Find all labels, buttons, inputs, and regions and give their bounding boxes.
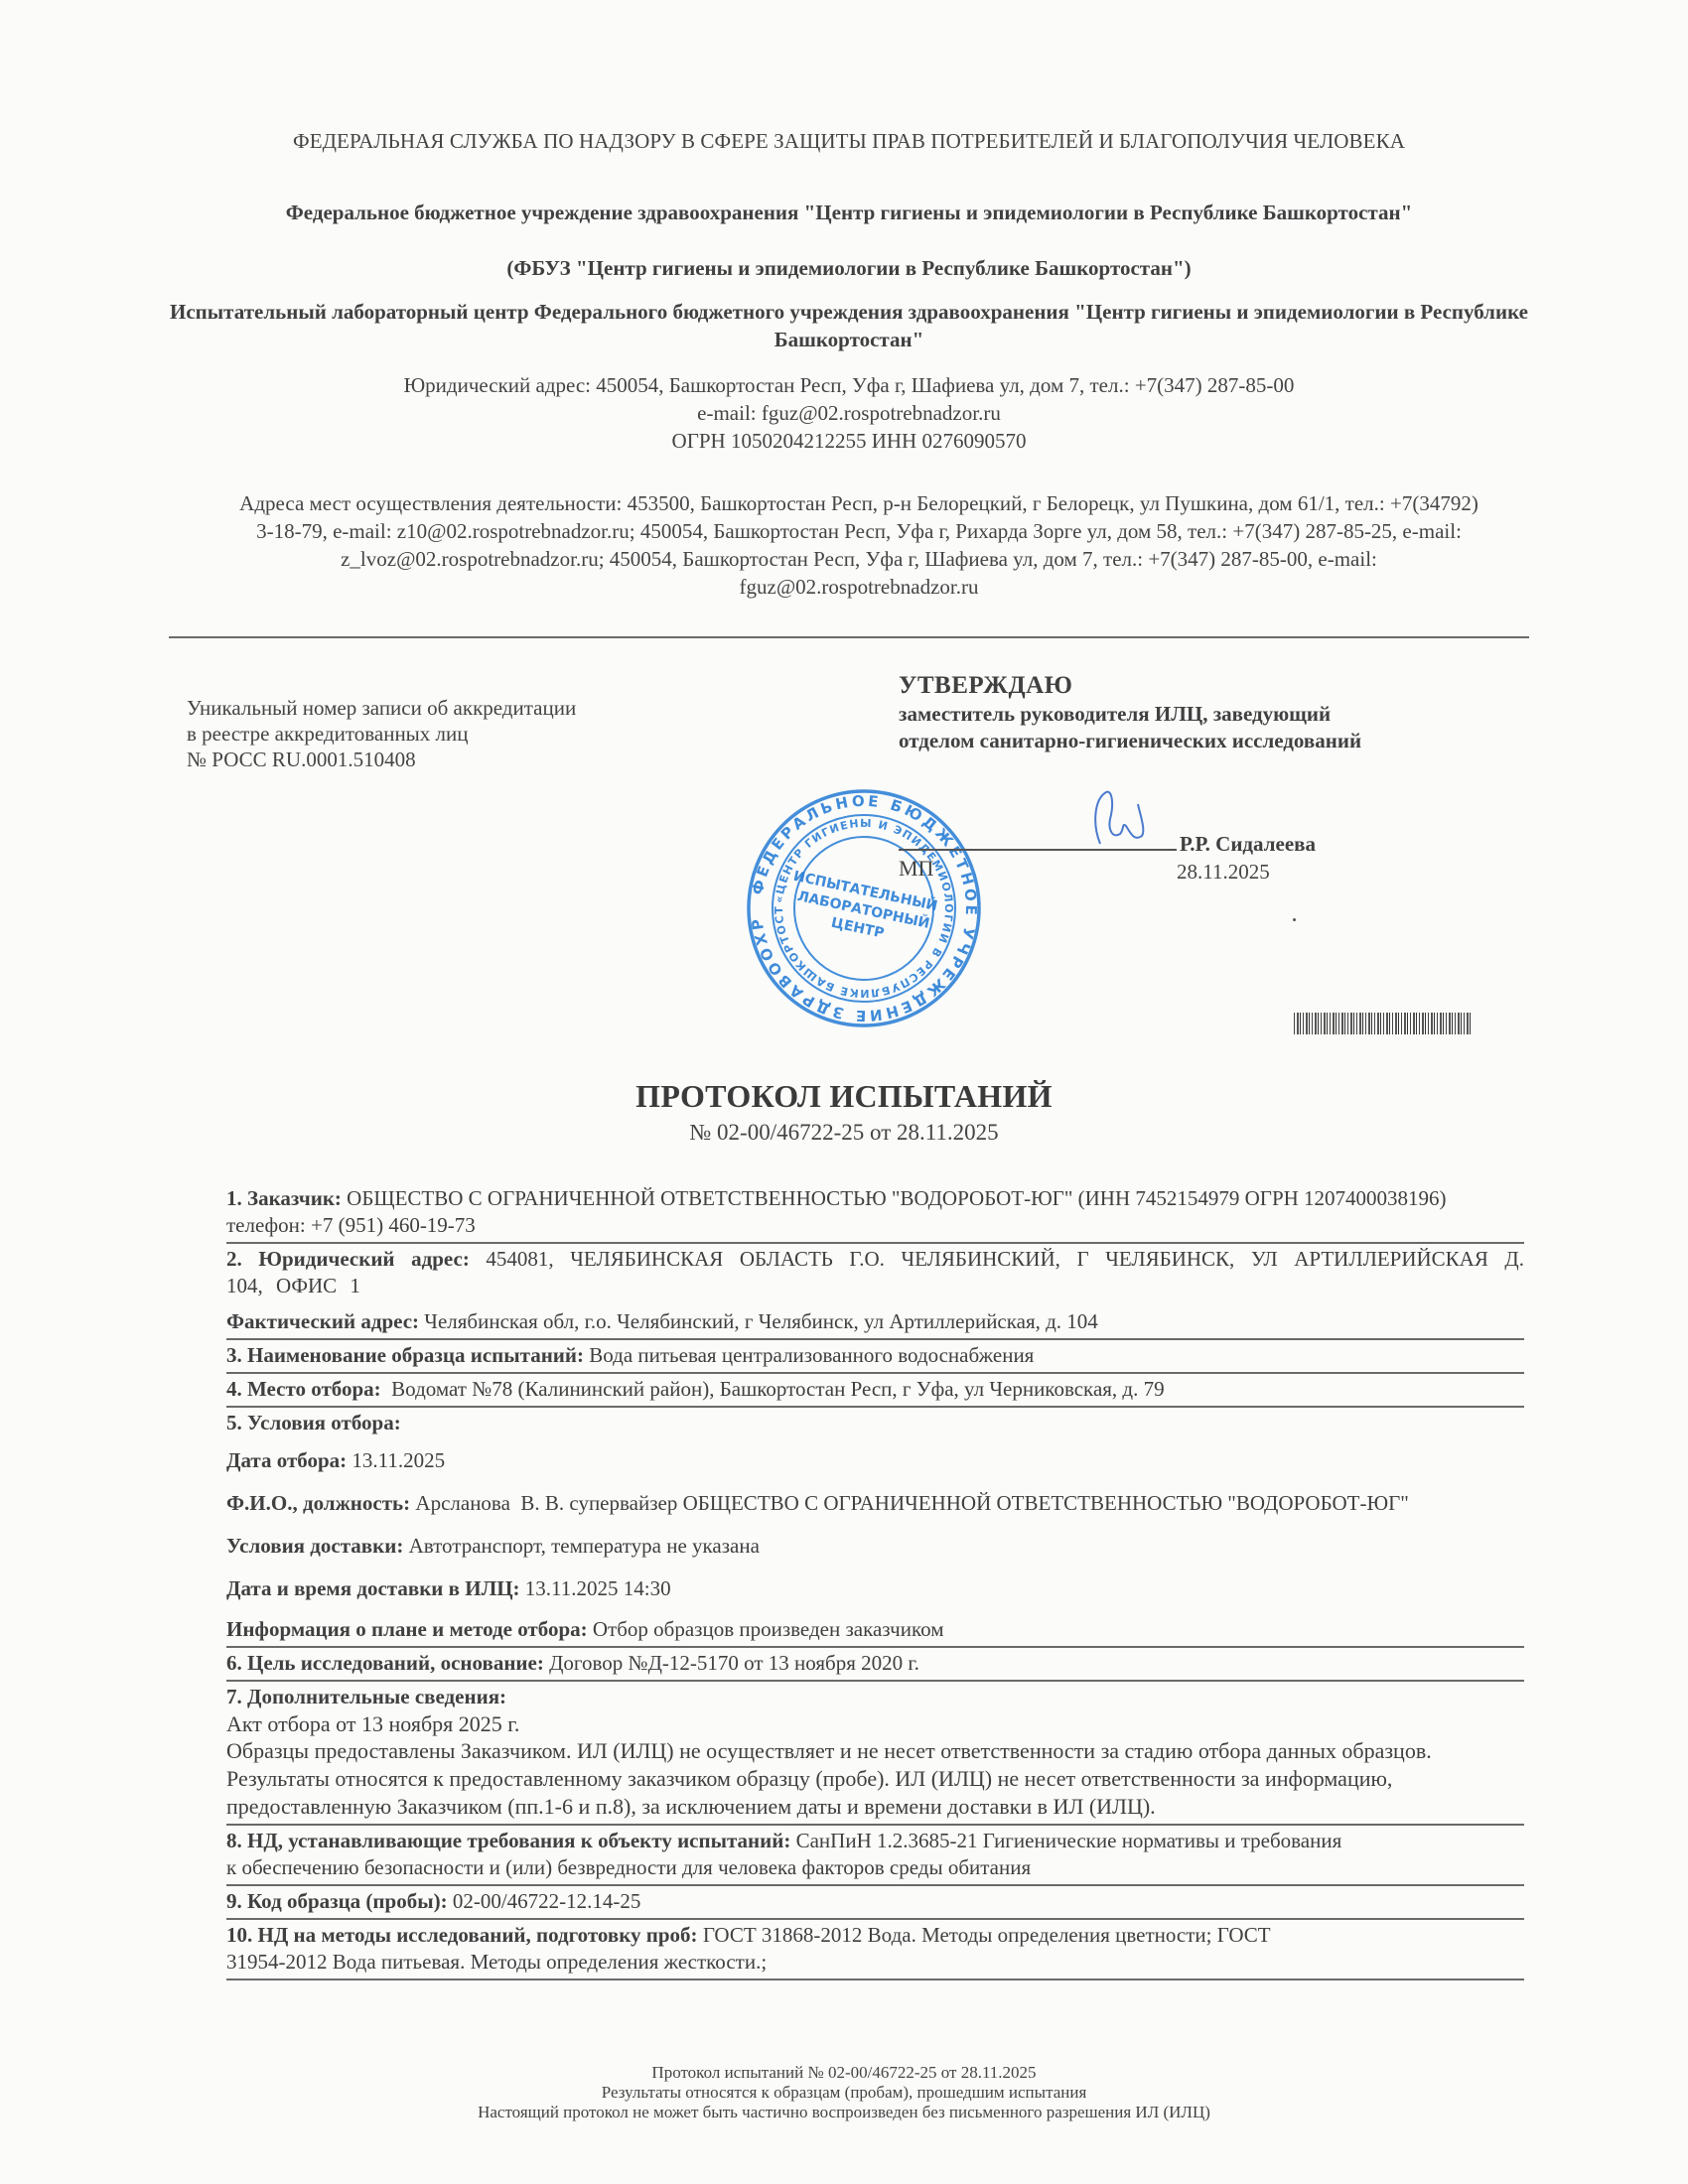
section-5-delivery-conditions: Условия доставки: Автотранспорт, темпера… [226,1525,1524,1568]
section-label: 6. Цель исследований, основание: [226,1651,544,1675]
section-6-purpose: 6. Цель исследований, основание: Договор… [226,1648,1524,1682]
protocol-title: ПРОТОКОЛ ИСПЫТАНИЙ [0,1078,1688,1115]
activity-addresses: Адреса мест осуществления деятельности: … [238,489,1479,601]
section-label: 4. Место отбора: [226,1377,381,1401]
section-label: 1. Заказчик: [226,1186,342,1210]
section-value: Водомат №78 (Калининский район), Башкорт… [381,1377,1165,1401]
header-divider [169,636,1529,638]
field-value: Автотранспорт, температура не указана [403,1534,760,1558]
approver-role-line-2: отделом санитарно-гигиенических исследов… [899,728,1361,754]
accreditation-line-2: в реестре аккредитованных лиц [187,721,576,747]
section-7-additional-info: 7. Дополнительные сведения: Акт отбора о… [226,1682,1524,1826]
section-value: 02-00/46722-12.14-25 [448,1889,641,1913]
accreditation-block: Уникальный номер записи об аккредитации … [187,695,576,772]
section-value: Договор №Д-12-5170 от 13 ноября 2020 г. [544,1651,919,1675]
page-footer: Протокол испытаний № 02-00/46722-25 от 2… [0,2063,1688,2122]
field-label: Ф.И.О., должность: [226,1491,410,1515]
section-label: 10. НД на методы исследований, подготовк… [226,1923,698,1947]
signatory-name: Р.Р. Сидалеева [1180,832,1316,857]
section-label: 2. Юридический адрес: [226,1247,470,1271]
legal-address: Юридический адрес: 450054, Башкортостан … [169,371,1529,399]
section-8-requirements: 8. НД, устанавливающие требования к объе… [226,1826,1524,1886]
section-4-sampling-place: 4. Место отбора: Водомат №78 (Калинински… [226,1374,1524,1408]
barcode-icon [1294,1013,1471,1034]
section-2-legal-address: 2. Юридический адрес: 454081, ЧЕЛЯБИНСКА… [226,1244,1524,1302]
section-label: 7. Дополнительные сведения: [226,1684,1524,1710]
field-value: 13.11.2025 [347,1448,445,1472]
accreditation-line-1: Уникальный номер записи об аккредитации [187,695,576,721]
agency-name: ФЕДЕРАЛЬНАЯ СЛУЖБА ПО НАДЗОРУ В СФЕРЕ ЗА… [169,127,1529,155]
section-value: ОБЩЕСТВО С ОГРАНИЧЕННОЙ ОТВЕТСТВЕННОСТЬЮ… [226,1186,1447,1237]
section-5-delivery-time: Дата и время доставки в ИЛЦ: 13.11.2025 … [226,1568,1524,1610]
legal-address-block: Юридический адрес: 450054, Башкортостан … [169,371,1529,455]
field-label: Дата отбора: [226,1448,347,1472]
section-10-methods: 10. НД на методы исследований, подготовк… [226,1920,1524,1980]
footer-reproduction-note: Настоящий протокол не может быть частичн… [0,2103,1688,2122]
institution-name: Федеральное бюджетное учреждение здравоо… [169,199,1529,226]
lab-center-name: Испытательный лабораторный центр Федерал… [169,298,1529,353]
section-label: Фактический адрес: [226,1309,419,1333]
section-5-sampling-date: Дата отбора: 13.11.2025 [226,1439,1524,1482]
seal-label: МП [899,856,933,882]
signature-line [899,849,1177,851]
section-5-conditions: 5. Условия отбора: [226,1408,1524,1439]
field-label: Условия доставки: [226,1534,403,1558]
section-label: 9. Код образца (пробы): [226,1889,448,1913]
institution-short: (ФБУЗ "Центр гигиены и эпидемиологии в Р… [169,254,1529,282]
field-value: Арсланова В. В. супервайзер ОБЩЕСТВО С О… [410,1491,1409,1515]
section-label: 5. Условия отбора: [226,1411,401,1434]
section-label: 3. Наименование образца испытаний: [226,1343,584,1367]
field-value: Отбор образцов произведен заказчиком [588,1617,944,1641]
field-value: 13.11.2025 14:30 [520,1576,671,1600]
section-2-actual-address: Фактический адрес: Челябинская обл, г.о.… [226,1302,1524,1340]
section-value: Челябинская обл, г.о. Челябинский, г Чел… [419,1309,1098,1333]
official-stamp-icon: ФЕДЕРАЛЬНОЕ БЮДЖЕТНОЕ УЧРЕЖДЕНИЕ ЗДРАВОО… [745,784,983,1032]
disclaimer-note: Образцы предоставлены Заказчиком. ИЛ (ИЛ… [226,1737,1524,1821]
sampling-act: Акт отбора от 13 ноября 2025 г. [226,1710,1524,1737]
section-5-sampling-plan: Информация о плане и методе отбора: Отбо… [226,1610,1524,1648]
section-1-customer: 1. Заказчик: ОБЩЕСТВО С ОГРАНИЧЕННОЙ ОТВ… [226,1183,1524,1244]
institution-full: Федеральное бюджетное учреждение здравоо… [169,199,1529,226]
ogrn-inn: ОГРН 1050204212255 ИНН 0276090570 [169,427,1529,455]
footer-results-note: Результаты относятся к образцам (пробам)… [0,2083,1688,2103]
protocol-sections: 1. Заказчик: ОБЩЕСТВО С ОГРАНИЧЕННОЙ ОТВ… [226,1183,1524,1980]
protocol-number: № 02-00/46722-25 от 28.11.2025 [0,1120,1688,1146]
contact-email: e-mail: fguz@02.rospotrebnadzor.ru [169,399,1529,427]
approver-role-line-1: заместитель руководителя ИЛЦ, заведующий [899,701,1361,728]
section-value: Вода питьевая централизованного водоснаб… [584,1343,1034,1367]
approval-block: УТВЕРЖДАЮ заместитель руководителя ИЛЦ, … [899,671,1361,754]
section-9-sample-code: 9. Код образца (пробы): 02-00/46722-12.1… [226,1886,1524,1920]
section-3-sample-name: 3. Наименование образца испытаний: Вода … [226,1340,1524,1374]
accreditation-number: № РОСС RU.0001.510408 [187,747,576,772]
footer-protocol-ref: Протокол испытаний № 02-00/46722-25 от 2… [0,2063,1688,2083]
ink-dot [1293,918,1296,921]
field-label: Дата и время доставки в ИЛЦ: [226,1576,520,1600]
approval-title: УТВЕРЖДАЮ [899,671,1361,701]
field-label: Информация о плане и методе отбора: [226,1617,588,1641]
section-label: 8. НД, устанавливающие требования к объе… [226,1829,790,1852]
approval-date: 28.11.2025 [1177,860,1270,885]
signature-icon [1082,784,1162,854]
section-5-person: Ф.И.О., должность: Арсланова В. В. супер… [226,1482,1524,1525]
